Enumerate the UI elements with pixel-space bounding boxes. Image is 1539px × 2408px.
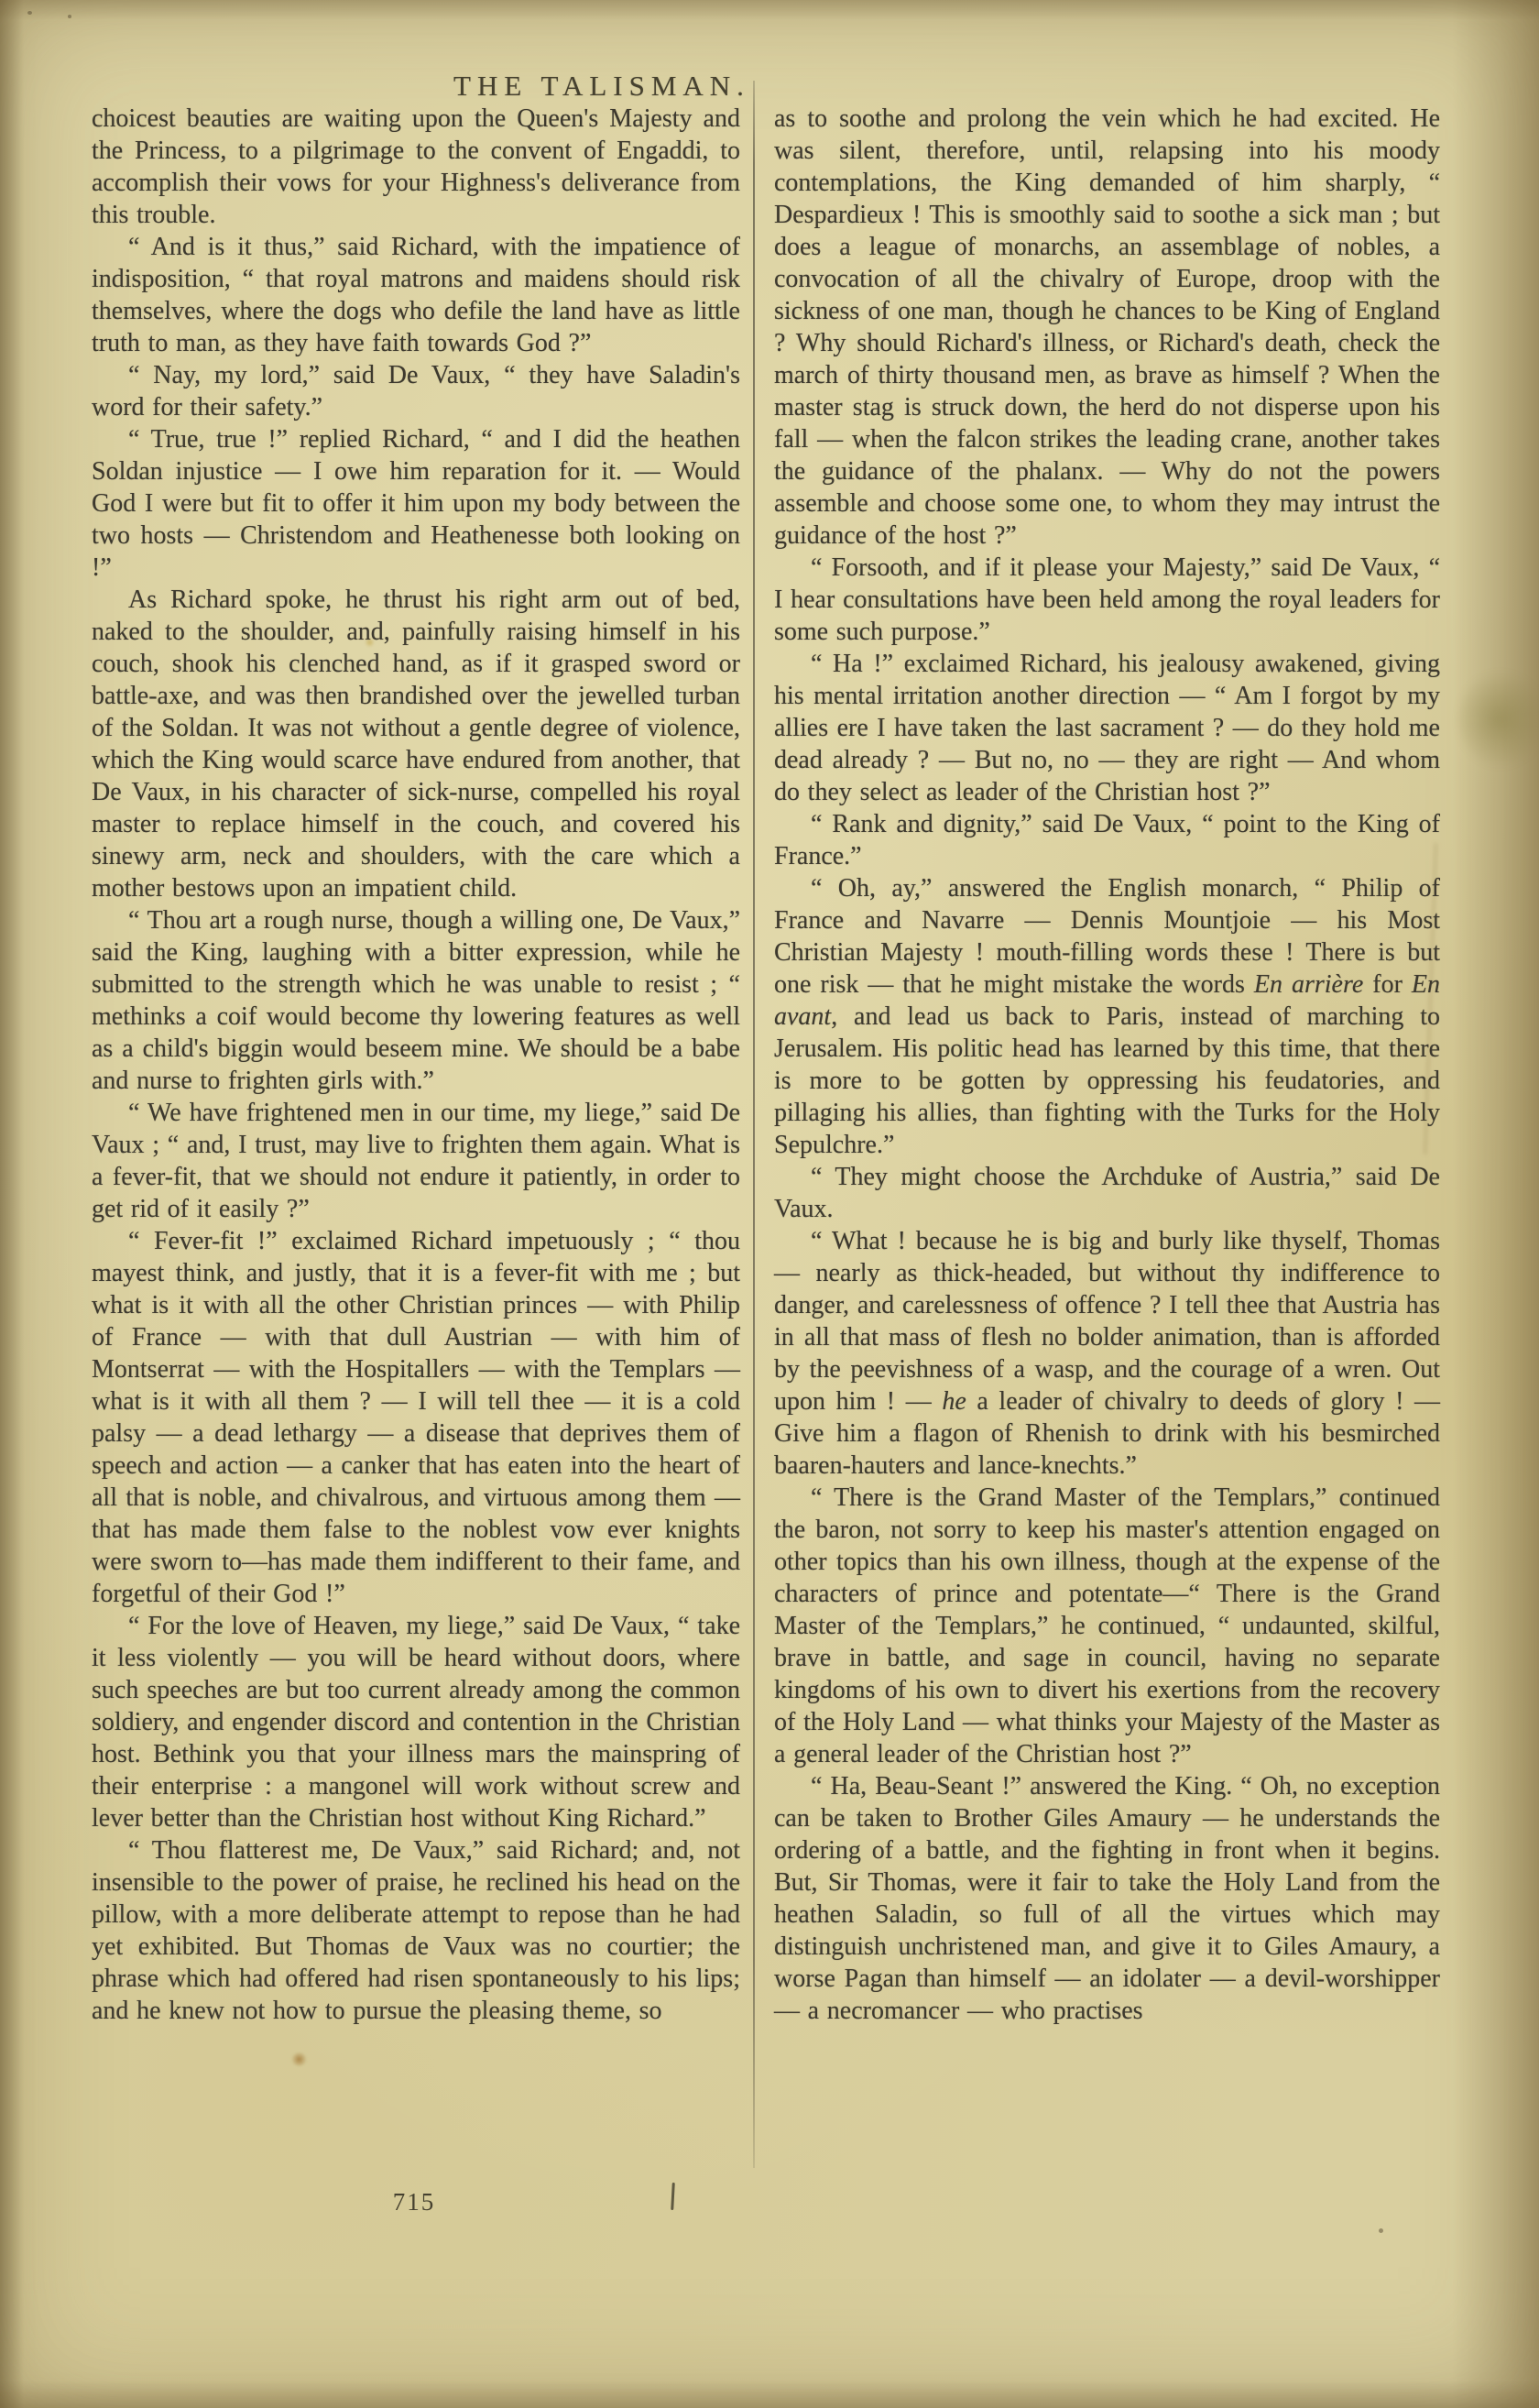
paragraph: “ Fever-fit !” exclaimed Richard impetuo…	[92, 1225, 740, 1610]
paragraph: choicest beauties are waiting upon the Q…	[92, 103, 740, 231]
scan-edge-shadow-bottom	[0, 2381, 1539, 2408]
column-divider-rule	[753, 81, 755, 2168]
paragraph: “ There is the Grand Master of the Templ…	[774, 1482, 1440, 1770]
paragraph: as to soothe and prolong the vein which …	[774, 103, 1440, 552]
paragraph: “ What ! because he is big and burly lik…	[774, 1225, 1440, 1482]
text-run: “ And is it thus,” said Richard, with th…	[92, 233, 740, 357]
left-text-column: choicest beauties are waiting upon the Q…	[92, 103, 740, 2027]
italic-text-run: En arrière	[1254, 970, 1363, 999]
ink-mark	[671, 2183, 675, 2210]
paragraph: As Richard spoke, he thrust his right ar…	[92, 584, 740, 904]
text-run: “ Thou art a rough nurse, though a willi…	[92, 906, 740, 1095]
page-number: 715	[393, 2188, 436, 2216]
running-head-title: THE TALISMAN.	[453, 70, 750, 103]
text-run: “ Fever-fit !” exclaimed Richard impetuo…	[92, 1227, 740, 1608]
text-run: “ There is the Grand Master of the Templ…	[774, 1483, 1440, 1768]
text-run: As Richard spoke, he thrust his right ar…	[92, 586, 740, 903]
scan-edge-shadow-right	[1452, 0, 1539, 2408]
paragraph: “ Nay, my lord,” said De Vaux, “ they ha…	[92, 359, 740, 423]
paragraph: “ Ha !” exclaimed Richard, his jealousy …	[774, 648, 1440, 808]
text-run: as to soothe and prolong the vein which …	[774, 104, 1440, 550]
text-run: “ Ha !” exclaimed Richard, his jealousy …	[774, 650, 1440, 806]
text-run: “ Rank and dignity,” said De Vaux, “ poi…	[774, 810, 1440, 870]
paragraph: “ Rank and dignity,” said De Vaux, “ poi…	[774, 808, 1440, 872]
paragraph: “ Oh, ay,” answered the English monarch,…	[774, 872, 1440, 1161]
paragraph: “ Thou flatterest me, De Vaux,” said Ric…	[92, 1834, 740, 2027]
paragraph: “ For the love of Heaven, my liege,” sai…	[92, 1610, 740, 1834]
paper-spot	[291, 2052, 307, 2066]
text-run: for	[1363, 970, 1412, 999]
text-run: “ Forsooth, and if it please your Majest…	[774, 553, 1440, 646]
text-run: “ For the love of Heaven, my liege,” sai…	[92, 1612, 740, 1833]
text-run: “ Ha, Beau-Seant !” answered the King. “…	[774, 1772, 1440, 2025]
text-run: choicest beauties are waiting upon the Q…	[92, 104, 740, 229]
right-text-column: as to soothe and prolong the vein which …	[774, 103, 1440, 2027]
paragraph: “ We have frightened men in our time, my…	[92, 1097, 740, 1225]
paper-speck	[1379, 2228, 1383, 2233]
paragraph: “ Ha, Beau-Seant !” answered the King. “…	[774, 1770, 1440, 2027]
text-run: “ We have frightened men in our time, my…	[92, 1099, 740, 1223]
scan-edge-shadow-top	[0, 0, 1539, 20]
paragraph: “ They might choose the Archduke of Aust…	[774, 1161, 1440, 1225]
scan-edge-shadow-left	[0, 0, 24, 2408]
paper-speck	[27, 11, 32, 15]
paper-stain	[1458, 669, 1539, 770]
text-run: , and lead us back to Paris, instead of …	[774, 1002, 1440, 1159]
paragraph: “ Forsooth, and if it please your Majest…	[774, 552, 1440, 648]
paper-speck	[68, 15, 71, 18]
text-run: “ They might choose the Archduke of Aust…	[774, 1163, 1440, 1223]
text-run: “ Thou flatterest me, De Vaux,” said Ric…	[92, 1836, 740, 2025]
italic-text-run: he	[942, 1387, 966, 1416]
text-run: “ True, true !” replied Richard, “ and I…	[92, 425, 740, 582]
paragraph: “ And is it thus,” said Richard, with th…	[92, 231, 740, 359]
paragraph: “ True, true !” replied Richard, “ and I…	[92, 423, 740, 584]
paragraph: “ Thou art a rough nurse, though a willi…	[92, 904, 740, 1097]
book-page-scan: THE TALISMAN. choicest beauties are wait…	[0, 0, 1539, 2408]
text-run: “ Nay, my lord,” said De Vaux, “ they ha…	[92, 361, 740, 421]
